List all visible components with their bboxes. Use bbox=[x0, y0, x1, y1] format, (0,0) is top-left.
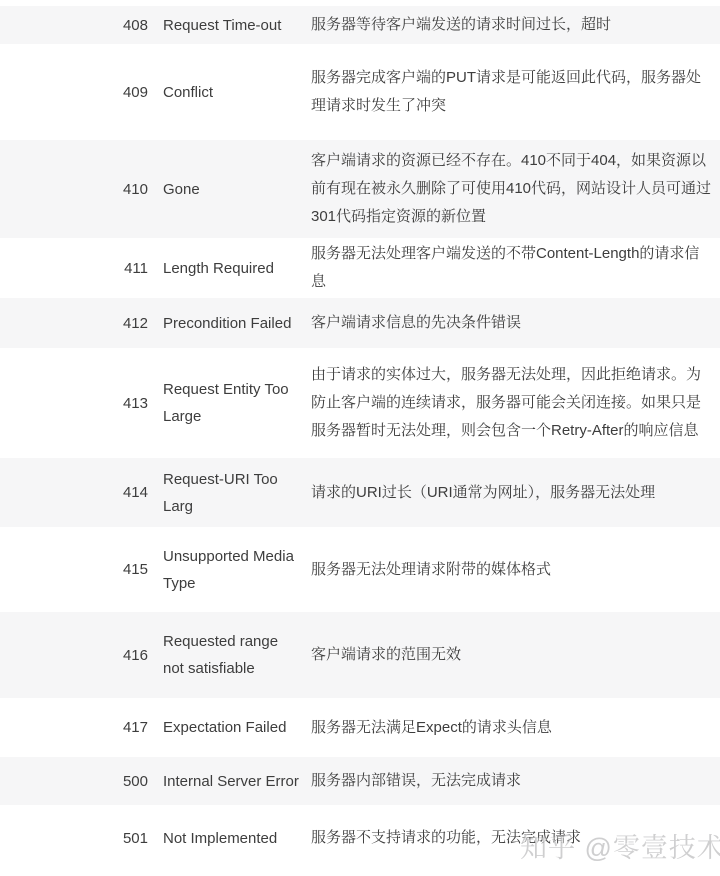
status-description: 服务器无法处理客户端发送的不带Content-Length的请求信息 bbox=[311, 240, 714, 296]
status-name: Request Entity Too Large bbox=[163, 376, 303, 430]
status-code: 412 bbox=[0, 315, 148, 332]
status-name: Unsupported Media Type bbox=[163, 543, 303, 597]
status-description: 服务器内部错误，无法完成请求 bbox=[311, 767, 714, 795]
status-name: Length Required bbox=[163, 255, 303, 282]
status-code: 413 bbox=[0, 395, 148, 412]
status-description: 客户端请求信息的先决条件错误 bbox=[311, 309, 714, 337]
table-row-409: 409 Conflict 服务器完成客户端的PUT请求是可能返回此代码，服务器处… bbox=[0, 44, 720, 140]
status-name: Request-URI Too Larg bbox=[163, 466, 303, 520]
status-description: 服务器不支持请求的功能，无法完成请求 bbox=[311, 824, 714, 852]
status-name: Conflict bbox=[163, 79, 303, 106]
status-description: 客户端请求的范围无效 bbox=[311, 641, 714, 669]
status-code: 414 bbox=[0, 484, 148, 501]
status-code: 411 bbox=[0, 260, 148, 277]
status-name: Not Implemented bbox=[163, 825, 303, 852]
table-row-417: 417 Expectation Failed 服务器无法满足Expect的请求头… bbox=[0, 698, 720, 757]
table-row-410: 410 Gone 客户端请求的资源已经不存在。410不同于404，如果资源以前有… bbox=[0, 140, 720, 238]
status-description: 由于请求的实体过大，服务器无法处理，因此拒绝请求。为防止客户端的连续请求，服务器… bbox=[311, 361, 714, 445]
status-code: 409 bbox=[0, 84, 148, 101]
status-description: 客户端请求的资源已经不存在。410不同于404，如果资源以前有现在被永久删除了可… bbox=[311, 147, 714, 231]
table-row-416: 416 Requested range not satisfiable 客户端请… bbox=[0, 612, 720, 698]
status-name: Request Time-out bbox=[163, 12, 303, 39]
status-code: 500 bbox=[0, 773, 148, 790]
status-code: 415 bbox=[0, 561, 148, 578]
http-status-code-table: 408 Request Time-out 服务器等待客户端发送的请求时间过长，超… bbox=[0, 0, 720, 871]
status-description: 请求的URI过长（URI通常为网址），服务器无法处理 bbox=[311, 479, 714, 507]
table-row-411: 411 Length Required 服务器无法处理客户端发送的不带Conte… bbox=[0, 238, 720, 298]
table-row-408: 408 Request Time-out 服务器等待客户端发送的请求时间过长，超… bbox=[0, 6, 720, 44]
status-code: 408 bbox=[0, 17, 148, 34]
table-row-412: 412 Precondition Failed 客户端请求信息的先决条件错误 bbox=[0, 298, 720, 348]
status-description: 服务器完成客户端的PUT请求是可能返回此代码，服务器处理请求时发生了冲突 bbox=[311, 64, 714, 120]
status-name: Expectation Failed bbox=[163, 714, 303, 741]
table-row-501: 501 Not Implemented 服务器不支持请求的功能，无法完成请求 bbox=[0, 805, 720, 871]
status-name: Precondition Failed bbox=[163, 310, 303, 337]
status-name: Requested range not satisfiable bbox=[163, 628, 303, 682]
status-code: 417 bbox=[0, 719, 148, 736]
table-row-414: 414 Request-URI Too Larg 请求的URI过长（URI通常为… bbox=[0, 458, 720, 527]
status-name: Gone bbox=[163, 176, 303, 203]
status-code: 501 bbox=[0, 830, 148, 847]
table-row-415: 415 Unsupported Media Type 服务器无法处理请求附带的媒… bbox=[0, 527, 720, 612]
status-code: 416 bbox=[0, 647, 148, 664]
table-row-500: 500 Internal Server Error 服务器内部错误，无法完成请求 bbox=[0, 757, 720, 805]
status-description: 服务器无法满足Expect的请求头信息 bbox=[311, 714, 714, 742]
table-row-413: 413 Request Entity Too Large 由于请求的实体过大，服… bbox=[0, 348, 720, 458]
status-name: Internal Server Error bbox=[163, 768, 303, 795]
status-description: 服务器无法处理请求附带的媒体格式 bbox=[311, 556, 714, 584]
status-code: 410 bbox=[0, 181, 148, 198]
status-description: 服务器等待客户端发送的请求时间过长，超时 bbox=[311, 11, 714, 39]
